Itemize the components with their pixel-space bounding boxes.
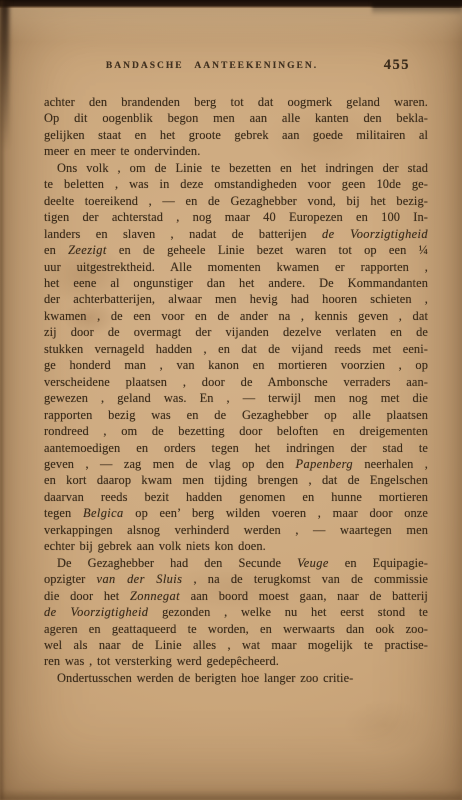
text-line: achter den brandenden berg tot dat oogme… [44, 94, 428, 110]
text-run: ge honderd man , van kanon en mortieren … [44, 358, 428, 372]
text-line: gelijken staat en het groote gebrek aan … [44, 127, 428, 143]
text-line: landers en slaven , nadat de batterijen … [44, 226, 428, 242]
page-gutter-shadow [0, 0, 5, 800]
italic-text-run: Papenberg [296, 457, 354, 471]
text-line: kwamen , de een voor en de ander na , ke… [44, 308, 428, 324]
text-line: stukken vernageld hadden , en dat de vij… [44, 341, 428, 357]
italic-text-run: de Voorzigtigheid [322, 227, 428, 241]
text-line: ageren en geattaqueerd te worden, en wer… [44, 621, 428, 637]
text-run: en [44, 243, 68, 257]
text-run: geven , — zag men de vlag op den [44, 457, 296, 471]
paragraph: Ons volk , om de Linie te bezetten en he… [44, 160, 428, 555]
text-run: tigen der achterstad , nog maar 40 Europ… [44, 210, 428, 224]
book-page-scan: BANDASCHE AANTEEKENINGEN. 455 achter den… [0, 0, 462, 800]
text-line: wel als naar de Linie alles , wat maar m… [44, 637, 428, 653]
italic-text-run: Veuge [297, 556, 329, 570]
text-line: meer en meer te ondervinden. [44, 143, 428, 159]
text-run: het eene al ongunstiger dan het andere. … [44, 276, 428, 290]
text-run: tegen [44, 506, 83, 520]
text-run: rondreed , om de bezetting door beloften… [44, 424, 428, 438]
paper-stain [330, 690, 440, 760]
running-header-title: BANDASCHE AANTEEKENINGEN. [106, 61, 318, 71]
text-run: meer en meer te ondervinden. [44, 144, 200, 158]
text-line: uur uitgestrektheid. Alle momenten kwame… [44, 259, 428, 275]
text-run: kwamen , de een voor en de ander na , ke… [44, 309, 428, 323]
text-run: aan boord moest gaan, naar de batterij [180, 589, 428, 603]
text-line: het eene al ongunstiger dan het andere. … [44, 275, 428, 291]
text-line: opzigter van der Sluis , na de terugkoms… [44, 571, 428, 587]
text-line: der achterbatterijen, alwaar men hevig h… [44, 291, 428, 307]
text-run: der achterbatterijen, alwaar men hevig h… [44, 292, 428, 306]
text-run: daarvan reeds bezit hadden genomen en hu… [44, 490, 428, 504]
text-line: De Gezaghebber had den Secunde Veuge en … [44, 555, 428, 571]
text-line: die door het Zonnegat aan boord moest ga… [44, 588, 428, 604]
scan-bottom-edge-shadow [0, 790, 462, 800]
text-line: gewezen , geland was. En , — terwijl men… [44, 390, 428, 406]
text-run: wel als naar de Linie alles , wat maar m… [44, 638, 428, 652]
text-run: en Equipagie- [329, 556, 428, 570]
text-line: rapporten bezig was en de Gezaghebber op… [44, 407, 428, 423]
text-run: en kort daarop kwam men tijding brengen … [44, 473, 428, 487]
text-run: opzigter [44, 572, 97, 586]
text-line: Ondertusschen werden de berigten hoe lan… [44, 670, 428, 686]
text-run: Ons volk , om de Linie te bezetten en he… [57, 161, 428, 175]
paragraph: achter den brandenden berg tot dat oogme… [44, 94, 428, 160]
text-line: ren was , tot versterking werd gedepêche… [44, 653, 428, 669]
text-run: die door het [44, 589, 130, 603]
text-run: achter den brandenden berg tot dat oogme… [44, 95, 428, 109]
text-line: verscheidene plaatsen , door de Ambonsch… [44, 374, 428, 390]
paragraph: Ondertusschen werden de berigten hoe lan… [44, 670, 428, 686]
text-run: neerhalen , [353, 457, 428, 471]
text-line: echter bij gebrek aan volk niets kon doe… [44, 538, 428, 554]
text-line: en Zeezigt en de geheele Linie bezet war… [44, 242, 428, 258]
text-run: , na de terugkomst van de commissie [182, 572, 428, 586]
text-run: aantemoedigen en orders tegen het indrin… [44, 441, 428, 455]
text-run: gelijken staat en het groote gebrek aan … [44, 128, 428, 142]
text-line: rondreed , om de bezetting door beloften… [44, 423, 428, 439]
text-run: Ondertusschen werden de berigten hoe lan… [57, 671, 353, 685]
text-run: landers en slaven , nadat de batterijen [44, 227, 322, 241]
text-run: op een’ berg wilden voeren , maar door o… [124, 506, 428, 520]
paper-top-highlight [0, 8, 462, 42]
text-line: aantemoedigen en orders tegen het indrin… [44, 440, 428, 456]
text-run: en de geheele Linie bezet waren tot op e… [107, 243, 428, 257]
text-line: de Voorzigtigheid gezonden , welke nu he… [44, 604, 428, 620]
text-line: te beletten , was in deze omstandigheden… [44, 176, 428, 192]
text-run: Op dit oogenblik begon men aan alle kant… [44, 111, 428, 125]
text-line: ge honderd man , van kanon en mortieren … [44, 357, 428, 373]
text-run: De Gezaghebber had den Secunde [57, 556, 297, 570]
text-run: verscheidene plaatsen , door de Ambonsch… [44, 375, 428, 389]
text-run: verkappingen alsnog verhinderd werden , … [44, 523, 428, 537]
text-line: Op dit oogenblik begon men aan alle kant… [44, 110, 428, 126]
text-line: deelte toereikend , — en de Gezaghebber … [44, 193, 428, 209]
text-run: zij door de overmagt der vijanden dezelv… [44, 325, 428, 339]
text-run: deelte toereikend , — en de Gezaghebber … [44, 194, 428, 208]
italic-text-run: van der Sluis [97, 572, 183, 586]
text-run: ren was , tot versterking werd gedepêche… [44, 654, 279, 668]
text-line: en kort daarop kwam men tijding brengen … [44, 472, 428, 488]
text-run: ageren en geattaqueerd te worden, en wer… [44, 622, 428, 636]
running-header: BANDASCHE AANTEEKENINGEN. 455 [44, 57, 414, 74]
text-run: gezonden , welke nu het eerst stond te [148, 605, 428, 619]
text-line: tigen der achterstad , nog maar 40 Europ… [44, 209, 428, 225]
text-run: stukken vernageld hadden , en dat de vij… [44, 342, 428, 356]
italic-text-run: Zonnegat [130, 589, 180, 603]
text-line: geven , — zag men de vlag op den Papenbe… [44, 456, 428, 472]
paragraph: De Gezaghebber had den Secunde Veuge en … [44, 555, 428, 670]
text-line: daarvan reeds bezit hadden genomen en hu… [44, 489, 428, 505]
text-line: verkappingen alsnog verhinderd werden , … [44, 522, 428, 538]
text-run: gewezen , geland was. En , — terwijl men… [44, 391, 428, 405]
text-run: te beletten , was in deze omstandigheden… [44, 177, 428, 191]
page-body: achter den brandenden berg tot dat oogme… [44, 94, 428, 686]
page-number: 455 [384, 57, 410, 74]
text-run: uur uitgestrektheid. Alle momenten kwame… [44, 260, 428, 274]
text-run: rapporten bezig was en de Gezaghebber op… [44, 408, 428, 422]
text-line: Ons volk , om de Linie te bezetten en he… [44, 160, 428, 176]
italic-text-run: Zeezigt [68, 243, 107, 257]
italic-text-run: de Voorzigtigheid [44, 605, 148, 619]
text-line: zij door de overmagt der vijanden dezelv… [44, 324, 428, 340]
text-run: echter bij gebrek aan volk niets kon doe… [44, 539, 266, 553]
italic-text-run: Belgica [83, 506, 124, 520]
text-line: tegen Belgica op een’ berg wilden voeren… [44, 505, 428, 521]
